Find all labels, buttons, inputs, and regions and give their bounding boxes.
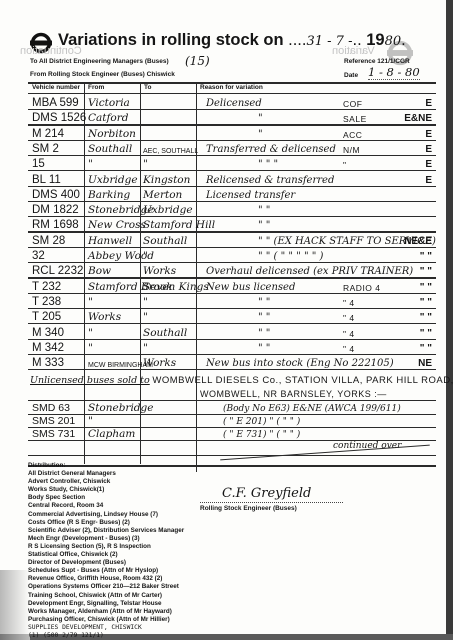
to-depot: " [143, 158, 148, 170]
district-code: E [425, 98, 432, 109]
from-depot: Victoria [88, 97, 130, 109]
reason: Transferred & delicensed [206, 144, 336, 155]
vehicle-number: DM 1822 [32, 204, 79, 216]
distribution-item: Statistical Office, Chiswick (2) [28, 551, 184, 559]
table-row: DMS 1526Catford"SALEE&NE [28, 109, 436, 124]
reason: " " [258, 220, 270, 231]
from-depot: New Cross [88, 219, 146, 231]
reason: Overhaul delicensed (ex PRIV TRAINER) [206, 266, 413, 277]
district-code: NE [418, 358, 432, 369]
variation-code: ACC [343, 130, 362, 140]
district-code: NE&E [404, 236, 432, 247]
from-depot: " [88, 415, 93, 427]
to-depot: AEC, SOUTHALL [143, 148, 198, 155]
vehicle-number: T 205 [32, 311, 61, 323]
from-depot: Stonebridge [88, 402, 153, 414]
table-row: M 333MCW BIRMINGHAMWorksNew bus into sto… [28, 354, 436, 369]
to-depot: " [143, 342, 148, 354]
distribution-item: Costs Office (R S Engr- Buses) (2) [28, 519, 184, 527]
table-row: T 232Stamford BrookSeven KingsNew bus li… [28, 278, 436, 293]
variation-code: COF [343, 99, 362, 109]
distribution-item: Development Engr, Signalling, Telstar Ho… [28, 600, 184, 608]
variation-code: " 4 [343, 329, 355, 339]
district-code: E [425, 144, 432, 155]
from-depot: " [88, 342, 93, 354]
to-depot: Uxbridge [143, 204, 193, 216]
signature-line [200, 502, 343, 503]
col-header-vehicle: Vehicle number [32, 84, 80, 91]
col-header-from: From [88, 84, 104, 91]
from-depot: Barking [88, 189, 130, 201]
sale-note-address: WOMBWELL DIESELS Co., STATION VILLA, PAR… [152, 375, 453, 386]
vehicle-number: M 333 [32, 357, 64, 369]
variation-code: " 4 [343, 344, 355, 354]
to-depot: Works [143, 265, 176, 277]
to-line: To All District Engineering Managers (Bu… [30, 58, 169, 65]
table-row: SM 2SouthallAEC, SOUTHALLTransferred & d… [28, 140, 436, 155]
variation-code: " [343, 160, 347, 170]
variation-code: N/M [343, 145, 360, 155]
vehicle-number: T 232 [32, 281, 61, 293]
vehicle-number: RCL 2232 [32, 265, 83, 277]
sale-note-hand: Unlicensed buses sold to [30, 375, 150, 386]
distribution-item: SUPPLIES DEVELOPMENT, CHISWICK [28, 624, 184, 632]
vehicle-number: M 342 [32, 342, 64, 354]
reason: " " [258, 312, 270, 323]
vehicle-number: SMS 201 [32, 415, 75, 427]
reason: New bus licensed [206, 282, 295, 293]
rule [28, 455, 436, 456]
distribution-heading: Distribution: [28, 462, 184, 470]
vehicle-number: BL 11 [32, 174, 61, 186]
district-code: " " [420, 297, 432, 308]
to-depot: " [143, 250, 148, 262]
reason: Delicensed [206, 98, 262, 109]
distribution-item: Commercial Advertising, Lindsey House (7… [28, 511, 184, 519]
vehicle-number: RM 1698 [32, 219, 79, 231]
date-value: 1 - 8 - 80 [368, 65, 420, 80]
district-code: " " [420, 328, 432, 339]
reason: " " [258, 297, 270, 308]
distribution-item: Operations Systems Officer 210—212 Baker… [28, 583, 184, 591]
to-depot: Kingston [143, 174, 190, 186]
reason: " " [258, 343, 270, 354]
distribution-list: Distribution: All District General Manag… [28, 462, 184, 640]
vehicle-number: SM 2 [32, 143, 59, 155]
from-depot: Uxbridge [88, 174, 138, 186]
variation-code: " 4 [343, 313, 355, 323]
vehicle-number: SMD 63 [32, 402, 70, 414]
title-text: Variations in rolling stock on [58, 31, 284, 49]
to-depot: Seven Kings [143, 281, 209, 293]
vehicle-number: 15 [32, 158, 45, 170]
reason: (Body No E63) E&NE (AWCA 199/611) [223, 404, 401, 414]
from-depot: " [88, 296, 93, 308]
distribution-item: Director of Development (Buses) [28, 559, 184, 567]
col-header-reason: Reason for variation [200, 84, 263, 91]
from-depot: Catford [88, 112, 128, 124]
to-depot: " [143, 296, 148, 308]
scan-edge-right [446, 0, 453, 640]
distribution-item: Purchasing Officer, Chiswick (Attn of Mr… [28, 616, 184, 624]
ghost-text-left: Continuation [20, 45, 82, 57]
table-row: M 340"Southall" "" 4" " [28, 324, 436, 339]
district-code: E [425, 129, 432, 140]
reason: " " [258, 328, 270, 339]
distribution-item: Scientific Adviser (2), Distribution Ser… [28, 527, 184, 535]
sheet-number: (15) [185, 54, 210, 68]
vehicle-number: DMS 1526 [32, 112, 86, 124]
table-row: RM 1698New CrossStamford Hill" " [28, 216, 436, 231]
from-depot: Norbiton [88, 128, 136, 140]
variation-code: " 4 [343, 298, 355, 308]
table-row: T 205Works"" "" 4" " [28, 308, 436, 323]
from-depot: Hanwell [88, 235, 132, 247]
reason: " " ( " " " " " ) [258, 251, 323, 262]
to-depot: Southall [143, 235, 187, 247]
reason: " " [258, 205, 270, 216]
district-code: " " [420, 266, 432, 277]
continued-underline [220, 445, 430, 461]
table-row: DMS 400BarkingMertonLicensed transfer [28, 186, 436, 201]
sold-row: SMD 63Stonebridge(Body No E63) E&NE (AWC… [28, 401, 436, 414]
sold-row: SMS 201"( " E 201) " ( " " ) [28, 414, 436, 427]
district-code: " " [420, 343, 432, 354]
reason: Relicensed & transferred [206, 175, 334, 186]
reason: Licensed transfer [206, 190, 295, 201]
from-depot: Clapham [88, 428, 135, 440]
reason: New bus into stock (Eng No 222105) [206, 358, 394, 369]
sold-row: SMS 731Clapham( " E 731) " ( " " ) [28, 427, 436, 440]
vehicle-number: 32 [32, 250, 45, 262]
to-depot: Merton [143, 189, 182, 201]
table-row: T 238""" "" 4" " [28, 293, 436, 308]
table-row: DM 1822StonebridgeUxbridge" " [28, 201, 436, 216]
distribution-item: Body Spec Section [28, 494, 184, 502]
date-label: Date [344, 72, 358, 79]
sale-note-line2: WOMBWELL, NR BARNSLEY, YORKS :— [200, 389, 387, 399]
district-code: " " [420, 251, 432, 262]
col-header-to: To [144, 84, 151, 91]
table-row: SM 28HanwellSouthall" " (EX HACK STAFF T… [28, 232, 436, 247]
reason: " " " [258, 159, 278, 170]
to-depot: Stamford Hill [143, 219, 215, 231]
vehicle-number: DMS 400 [32, 189, 80, 201]
scan-shadow [0, 570, 30, 640]
reason: " [258, 113, 263, 124]
from-depot: Bow [88, 265, 111, 277]
distribution-item: Revenue Office, Griffith House, Room 432… [28, 575, 184, 583]
ghost-text-right: Variation [332, 45, 375, 57]
vehicle-number: SMS 731 [32, 428, 75, 440]
reason: ( " E 201) " ( " " ) [223, 417, 300, 427]
vehicle-number: MBA 599 [32, 97, 79, 109]
distribution-item: Central Record, Room 34 [28, 502, 184, 510]
distribution-item: Mech Engr (Development - Buses) (3) [28, 535, 184, 543]
district-code: " " [420, 282, 432, 293]
from-depot: " [88, 158, 93, 170]
signature: C.F. Greyfield [222, 486, 311, 501]
vehicle-number: M 214 [32, 128, 64, 140]
to-depot: Southall [143, 327, 187, 339]
distribution-item: R S Licensing Section (5), R S Inspectio… [28, 543, 184, 551]
title-year: 80 [385, 34, 402, 49]
table-row: RCL 2232BowWorksOverhaul delicensed (ex … [28, 262, 436, 277]
distribution-item: Training School, Chiswick (Attn of Mr Ca… [28, 592, 184, 600]
table-row: BL 11UxbridgeKingstonRelicensed & transf… [28, 171, 436, 186]
district-code: E&NE [404, 113, 432, 124]
table-row: 32Abbey Wood"" " ( " " " " " )" " [28, 247, 436, 262]
distribution-item: (1) (500 2/79 121/1) [28, 632, 184, 640]
from-line: From Rolling Stock Engineer (Buses) Chis… [30, 71, 175, 78]
table-row: M 342""" "" 4" " [28, 339, 436, 354]
vehicle-number: M 340 [32, 327, 64, 339]
reference: Reference 121/1/CGR [344, 58, 410, 65]
vehicle-number: T 238 [32, 296, 61, 308]
district-code: E [425, 175, 432, 186]
sale-note: Unlicensed buses sold to WOMBWELL DIESEL… [30, 375, 453, 386]
distribution-item: All District General Managers [28, 470, 184, 478]
from-depot: Works [88, 311, 121, 323]
from-depot: " [88, 327, 93, 339]
variation-code: SALE [343, 114, 367, 124]
district-code: " " [420, 312, 432, 323]
distribution-item: Works Manager, Aldenham (Attn of Mr Hayw… [28, 608, 184, 616]
table-row: M 214Norbiton"ACCE [28, 125, 436, 140]
distribution-item: Schedules Supt - Buses (Attn of Mr Hyslo… [28, 567, 184, 575]
table-row: 15""" " ""E [28, 155, 436, 170]
district-code: E [425, 159, 432, 170]
reason: ( " E 731) " ( " " ) [223, 430, 300, 440]
variation-code: RADIO 4 [343, 283, 381, 293]
to-depot: Works [143, 357, 176, 369]
table-row: MBA 599VictoriaDelicensedCOFE [28, 94, 436, 109]
from-depot: Southall [88, 143, 132, 155]
signature-label: Rolling Stock Engineer (Buses) [200, 505, 297, 512]
distribution-item: Advert Controller, Chiswick [28, 478, 184, 486]
to-depot: " [143, 311, 148, 323]
vehicle-number: SM 28 [32, 235, 65, 247]
distribution-item: Works Study, Chiswick(1) [28, 486, 184, 494]
reason: " [258, 129, 263, 140]
row-rule [28, 369, 436, 370]
